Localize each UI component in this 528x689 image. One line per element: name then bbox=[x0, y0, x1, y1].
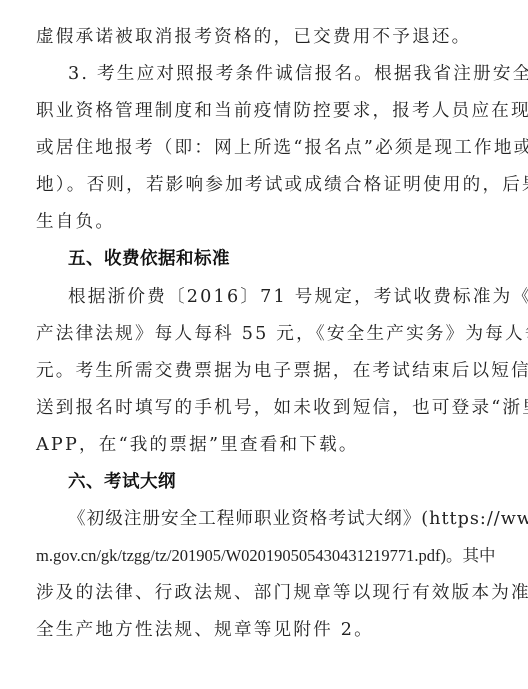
paragraph-line: 根据浙价费〔2016〕71 号规定，考试收费标准为《安全生 bbox=[68, 284, 484, 310]
paragraph-line: 涉及的法律、行政法规、部门规章等以现行有效版本为准，涉安 bbox=[36, 580, 484, 606]
paragraph-line: 元。考生所需交费票据为电子票据，在考试结束后以短信方式发 bbox=[36, 358, 484, 384]
syllabus-link-line[interactable]: 《初级注册安全工程师职业资格考试大纲》(https://www.me bbox=[68, 506, 484, 532]
paragraph-line: 3. 考生应对照报考条件诚信报名。根据我省注册安全工程师 bbox=[68, 61, 484, 87]
paragraph-line: 地）。否则，若影响参加考试或成绩合格证明使用的，后果由考 bbox=[36, 172, 484, 198]
paragraph-line: 虚假承诺被取消报考资格的，已交费用不予退还。 bbox=[36, 24, 440, 50]
syllabus-link-line[interactable]: m.gov.cn/gk/tzgg/tz/201905/W020190505430… bbox=[36, 543, 484, 569]
section-heading-fees: 五、收费依据和标准 bbox=[68, 246, 230, 272]
paragraph-line: APP，在“我的票据”里查看和下载。 bbox=[36, 432, 484, 458]
section-heading-syllabus: 六、考试大纲 bbox=[68, 469, 176, 495]
paragraph-line: 送到报名时填写的手机号，如未收到短信，也可登录“浙里办” bbox=[36, 395, 484, 421]
paragraph-line: 产法律法规》每人每科 55 元，《安全生产实务》为每人每科 75 bbox=[36, 321, 484, 347]
paragraph-line: 职业资格管理制度和当前疫情防控要求，报考人员应在现工作地 bbox=[36, 98, 484, 124]
document-page: 虚假承诺被取消报考资格的，已交费用不予退还。 3. 考生应对照报考条件诚信报名。… bbox=[0, 0, 528, 689]
paragraph-line: 或居住地报考（即：网上所选“报名点”必须是现工作地或居住 bbox=[36, 135, 484, 161]
paragraph-line: 生自负。 bbox=[36, 209, 484, 235]
paragraph-line: 全生产地方性法规、规章等见附件 2。 bbox=[36, 617, 484, 643]
